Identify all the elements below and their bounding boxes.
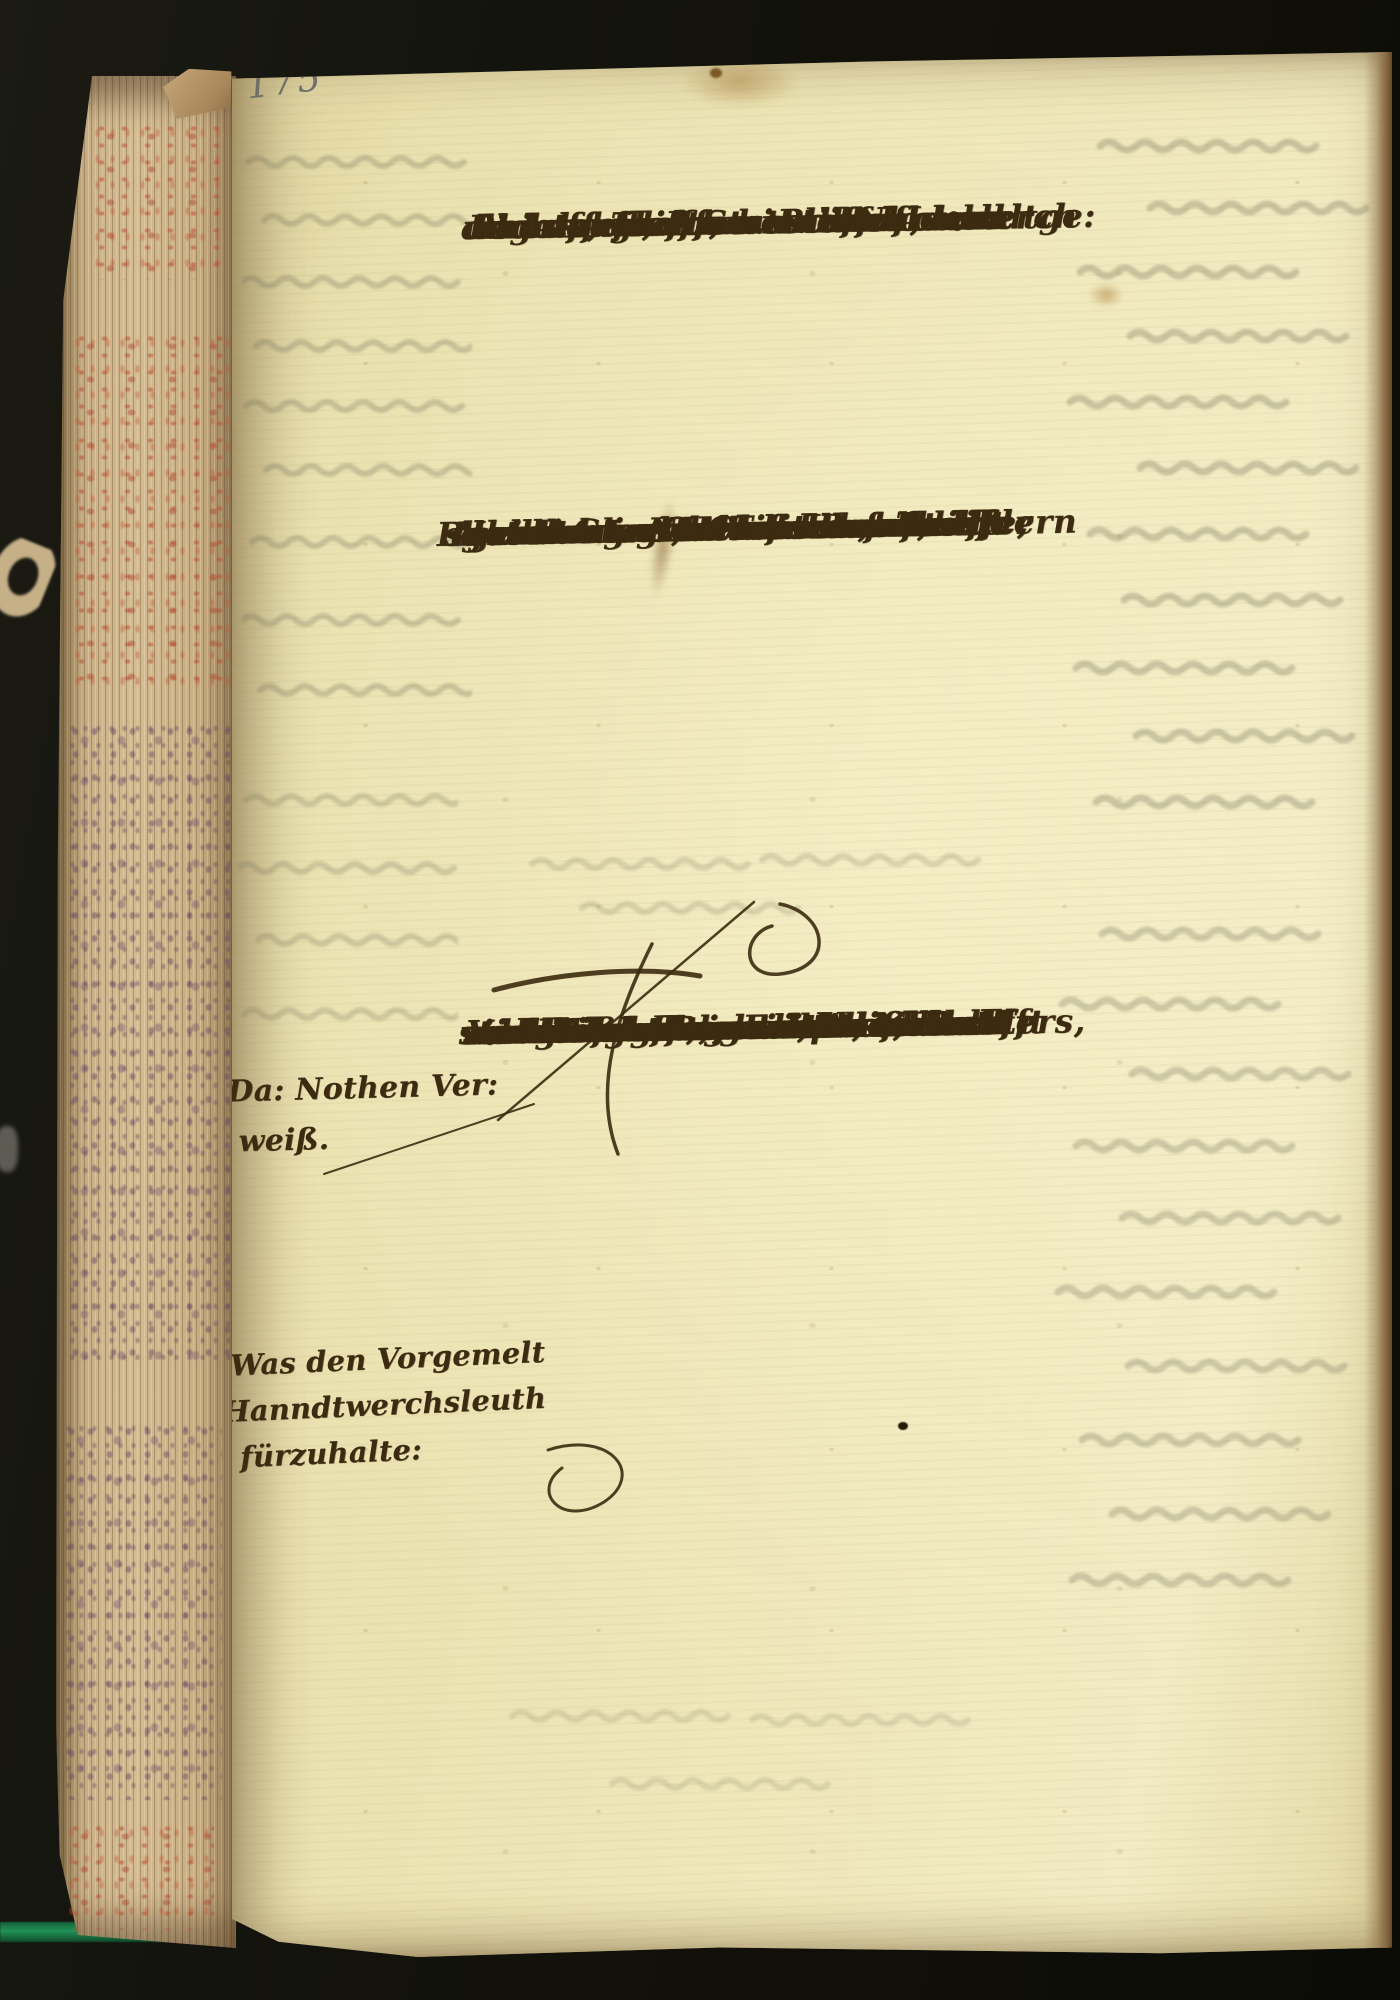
ink-bleedthrough [522, 842, 1002, 932]
margin-swirl [548, 1445, 622, 1511]
foxing-spots [232, 52, 1392, 1957]
book-page: 175 ausser diß Statt: und Lanndtge:richt… [232, 52, 1392, 1957]
margin-note-line: weiß. [238, 1110, 500, 1167]
text-line: legen lassen, wie dann auch [474, 188, 1095, 200]
ink-bleedthrough [238, 782, 458, 1082]
manuscript-photo: 175 ausser diß Statt: und Lanndtge:richt… [0, 0, 1400, 2000]
text-line: und Lanndtsgericht erkhaufft [482, 994, 1085, 1006]
stain [1088, 282, 1124, 308]
margin-note-handwerksleuth: Was den VorgemeltHanndtwerchsleuthfürzuh… [215, 1329, 550, 1481]
ink-bleedthrough [242, 142, 472, 742]
margin-note-nothen-verweiss: Da: Nothen Ver:weiß. [227, 1060, 500, 1167]
folio-number: 175 [244, 55, 325, 107]
paragraph-3: Hierauff ermalten Nothenanhaut In versen… [480, 994, 1085, 1006]
binding-cord [0, 532, 60, 626]
paragraph-2: Barthlmae Noth als Paumeisterder Berg am… [460, 496, 1077, 509]
ink-bleedthrough [492, 1692, 1012, 1832]
intro-stroke [494, 971, 700, 990]
paragraph-1: ausser diß Statt: und Lanndtge:richts, T… [460, 188, 1095, 200]
stain [680, 56, 800, 108]
stain-dot [710, 68, 722, 78]
etc-mark [750, 904, 819, 974]
binding-cord-lower [0, 1126, 18, 1172]
pen-flourishes [232, 52, 1392, 1957]
book-fore-edge [56, 76, 236, 1948]
ink-blot [898, 1422, 908, 1430]
margin-note-line: Da: Nothen Ver: [227, 1060, 499, 1117]
